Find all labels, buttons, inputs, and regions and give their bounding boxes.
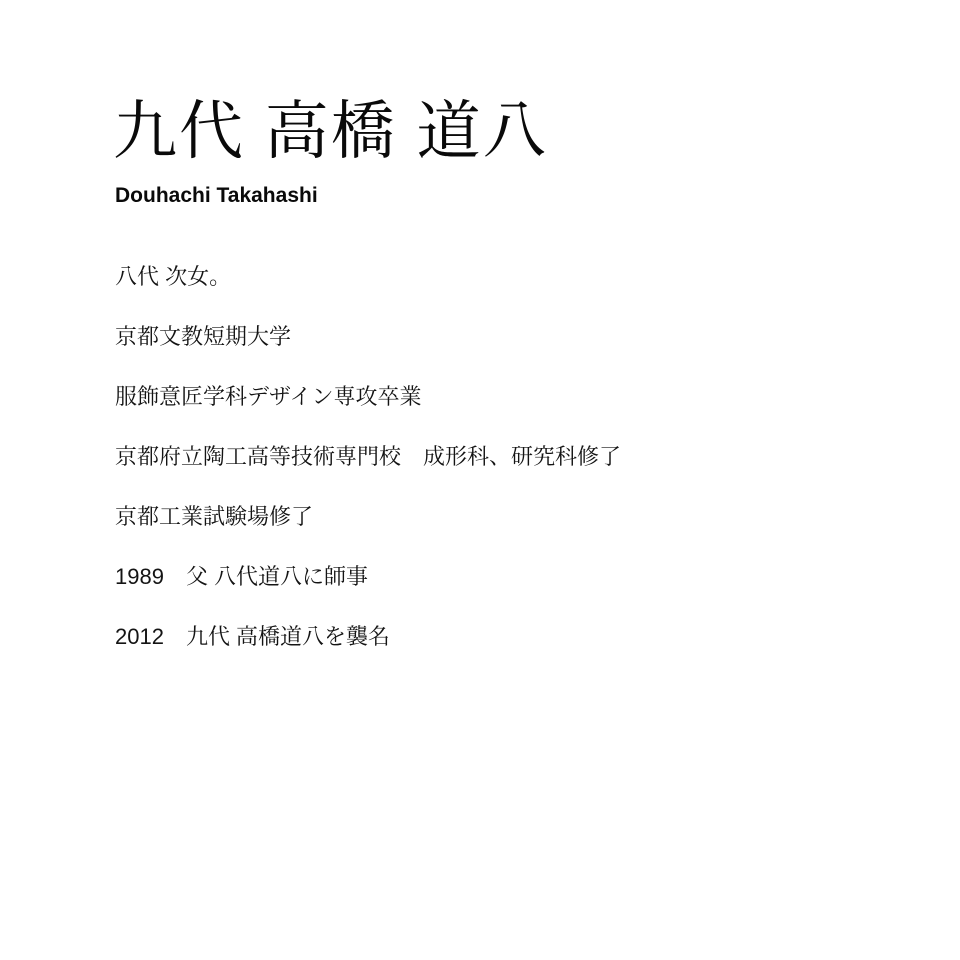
biography-section: 八代 次女。 京都文教短期大学 服飾意匠学科デザイン専攻卒業 京都府立陶工高等技…: [113, 265, 900, 649]
bio-line-2012-succession: 2012 九代 高橋道八を襲名: [115, 625, 900, 649]
bio-line-research-institute: 京都工業試験場修了: [115, 505, 900, 529]
page-title: 九代 高橋 道八: [113, 95, 900, 169]
bio-line-technical-school: 京都府立陶工高等技術専門校 成形科、研究科修了: [115, 445, 900, 469]
bio-line-parentage: 八代 次女。: [115, 265, 900, 289]
bio-line-1989-apprenticeship: 1989 父 八代道八に師事: [115, 565, 900, 589]
bio-line-design-major: 服飾意匠学科デザイン専攻卒業: [115, 385, 900, 409]
bio-line-college: 京都文教短期大学: [115, 325, 900, 349]
page-subtitle: Douhachi Takahashi: [115, 183, 900, 208]
profile-page: 九代 高橋 道八 Douhachi Takahashi 八代 次女。 京都文教短…: [0, 0, 960, 960]
